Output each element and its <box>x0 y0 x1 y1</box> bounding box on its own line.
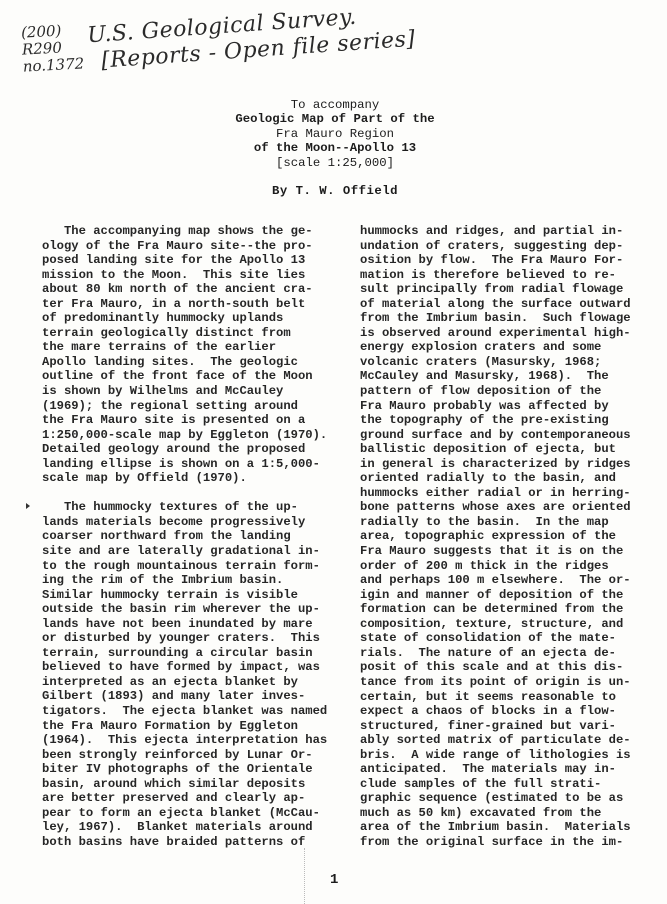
text-line: area of the Imbrium basin. Materials <box>360 820 631 835</box>
call-number-line: (200) <box>21 22 83 40</box>
text-line: and perhaps 100 m elsewhere. The or- <box>360 573 631 588</box>
title-line: Fra Mauro Region <box>180 127 490 141</box>
text-line: site and are laterally gradational in- <box>42 544 327 559</box>
text-line: sult principally from radial flowage <box>360 282 631 297</box>
text-line: ology of the Fra Mauro site--the pro- <box>42 239 327 254</box>
text-line: certain, but it seems reasonable to <box>360 690 631 705</box>
title-line: [scale 1:25,000] <box>180 156 490 170</box>
text-line: energy explosion craters and some <box>360 340 631 355</box>
text-line: Gilbert (1893) and many later inves- <box>42 689 327 704</box>
text-line: mission to the Moon. This site lies <box>42 268 327 283</box>
title-line: To accompany <box>180 98 490 112</box>
text-line: rials. The nature of an ejecta de- <box>360 646 631 661</box>
text-line: the Fra Mauro Formation by Eggleton <box>42 719 327 734</box>
scan-artifact-divider <box>304 848 306 904</box>
text-line: been strongly reinforced by Lunar Or- <box>42 748 327 763</box>
text-line: lands have not been inundated by mare <box>42 617 327 632</box>
text-line: ing the rim of the Imbrium basin. <box>42 573 327 588</box>
text-line: terrain, surrounding a circular basin <box>42 646 327 661</box>
paragraph: The hummocky textures of the up-lands ma… <box>42 500 327 849</box>
margin-mark-icon <box>26 503 30 509</box>
text-line: Fra Mauro probably was affected by <box>360 399 631 414</box>
text-line: McCauley and Masursky, 1968). The <box>360 369 631 384</box>
text-line: hummocks and ridges, and partial in- <box>360 224 631 239</box>
text-line: area, topographic expression of the <box>360 529 631 544</box>
text-line: posit of this scale and at this dis- <box>360 660 631 675</box>
handwritten-series-note: U.S. Geological Survey. [Reports - Open … <box>87 1 417 76</box>
author-byline: By T. W. Offield <box>180 184 490 198</box>
text-line: believed to have formed by impact, was <box>42 660 327 675</box>
text-line: (1964). This ejecta interpretation has <box>42 733 327 748</box>
text-line: graphic sequence (estimated to be as <box>360 791 631 806</box>
text-line: hummocks either radial or in herring- <box>360 486 631 501</box>
title-line: of the Moon--Apollo 13 <box>180 141 490 155</box>
text-line: terrain geologically distinct from <box>42 326 327 341</box>
text-line: volcanic craters (Masursky, 1968; <box>360 355 631 370</box>
text-line: is shown by Wilhelms and McCauley <box>42 384 327 399</box>
text-line: The hummocky textures of the up- <box>42 500 327 515</box>
text-line: Similar hummocky terrain is visible <box>42 588 327 603</box>
text-line: mation is therefore believed to re- <box>360 268 631 283</box>
left-text-column: The accompanying map shows the ge-ology … <box>42 224 327 849</box>
title-line: Geologic Map of Part of the <box>180 112 490 126</box>
text-line: lands materials become progressively <box>42 515 327 530</box>
text-line: pear to form an ejecta blanket (McCau- <box>42 806 327 821</box>
text-line: ground surface and by contemporaneous <box>360 428 631 443</box>
text-line: posed landing site for the Apollo 13 <box>42 253 327 268</box>
text-line: osition by flow. The Fra Mauro For- <box>360 253 631 268</box>
text-line: undation of craters, suggesting dep- <box>360 239 631 254</box>
text-line: the Fra Mauro site is presented on a <box>42 413 327 428</box>
text-line: of predominantly hummocky uplands <box>42 311 327 326</box>
text-line: bone patterns whose axes are oriented <box>360 500 631 515</box>
text-line: clude samples of the full strati- <box>360 777 631 792</box>
text-line: formation can be determined from the <box>360 602 631 617</box>
text-line: both basins have braided patterns of <box>42 835 327 850</box>
text-line: 1:250,000-scale map by Eggleton (1970). <box>42 428 327 443</box>
paragraph: hummocks and ridges, and partial in-unda… <box>360 224 631 850</box>
text-line: ably sorted matrix of particulate de- <box>360 733 631 748</box>
text-line: expect a chaos of blocks in a flow- <box>360 704 631 719</box>
text-line: Detailed geology around the proposed <box>42 442 327 457</box>
text-line: ballistic deposition of ejecta, but <box>360 442 631 457</box>
page-number: 1 <box>330 872 338 888</box>
text-line: oriented radially to the basin, and <box>360 471 631 486</box>
text-line: igin and manner of deposition of the <box>360 588 631 603</box>
text-line: is observed around experimental high- <box>360 326 631 341</box>
right-text-column: hummocks and ridges, and partial in-unda… <box>360 224 631 850</box>
text-line: outside the basin rim wherever the up- <box>42 602 327 617</box>
text-line: state of consolidation of the mate- <box>360 631 631 646</box>
text-line: much as 50 km) excavated from the <box>360 806 631 821</box>
text-line: ter Fra Mauro, in a north-south belt <box>42 297 327 312</box>
text-line: are better preserved and clearly ap- <box>42 791 327 806</box>
text-line: Apollo landing sites. The geologic <box>42 355 327 370</box>
text-line: Fra Mauro suggests that it is on the <box>360 544 631 559</box>
text-line: the mare terrains of the earlier <box>42 340 327 355</box>
text-line: from the Imbrium basin. Such flowage <box>360 311 631 326</box>
text-line: anticipated. The materials may in- <box>360 762 631 777</box>
text-line: (1969); the regional setting around <box>42 399 327 414</box>
text-line: biter IV photographs of the Orientale <box>42 762 327 777</box>
text-line: to the rough mountainous terrain form- <box>42 559 327 574</box>
text-line: scale map by Offield (1970). <box>42 471 327 486</box>
text-line: outline of the front face of the Moon <box>42 369 327 384</box>
text-line: tance from its point of origin is un- <box>360 675 631 690</box>
call-number-line: no.1372 <box>22 56 84 74</box>
text-line: bris. A wide range of lithologies is <box>360 748 631 763</box>
text-line: coarser northward from the landing <box>42 529 327 544</box>
text-line: about 80 km north of the ancient cra- <box>42 282 327 297</box>
text-line: pattern of flow deposition of the <box>360 384 631 399</box>
text-line: the topography of the pre-existing <box>360 413 631 428</box>
text-line: structured, finer-grained but vari- <box>360 719 631 734</box>
title-block: To accompany Geologic Map of Part of the… <box>180 98 490 198</box>
handwritten-call-number: (200) R290 no.1372 <box>21 22 85 76</box>
text-line: landing ellipse is shown on a 1:5,000- <box>42 457 327 472</box>
text-line: of material along the surface outward <box>360 297 631 312</box>
text-line: radially to the basin. In the map <box>360 515 631 530</box>
text-line: tigators. The ejecta blanket was named <box>42 704 327 719</box>
text-line: basin, around which similar deposits <box>42 777 327 792</box>
text-line: in general is characterized by ridges <box>360 457 631 472</box>
text-line: The accompanying map shows the ge- <box>42 224 327 239</box>
text-line: interpreted as an ejecta blanket by <box>42 675 327 690</box>
text-line: ley, 1967). Blanket materials around <box>42 820 327 835</box>
text-line: from the original surface in the im- <box>360 835 631 850</box>
paragraph: The accompanying map shows the ge-ology … <box>42 224 327 486</box>
text-line: composition, texture, structure, and <box>360 617 631 632</box>
text-line: order of 200 m thick in the ridges <box>360 559 631 574</box>
text-line: or disturbed by younger craters. This <box>42 631 327 646</box>
